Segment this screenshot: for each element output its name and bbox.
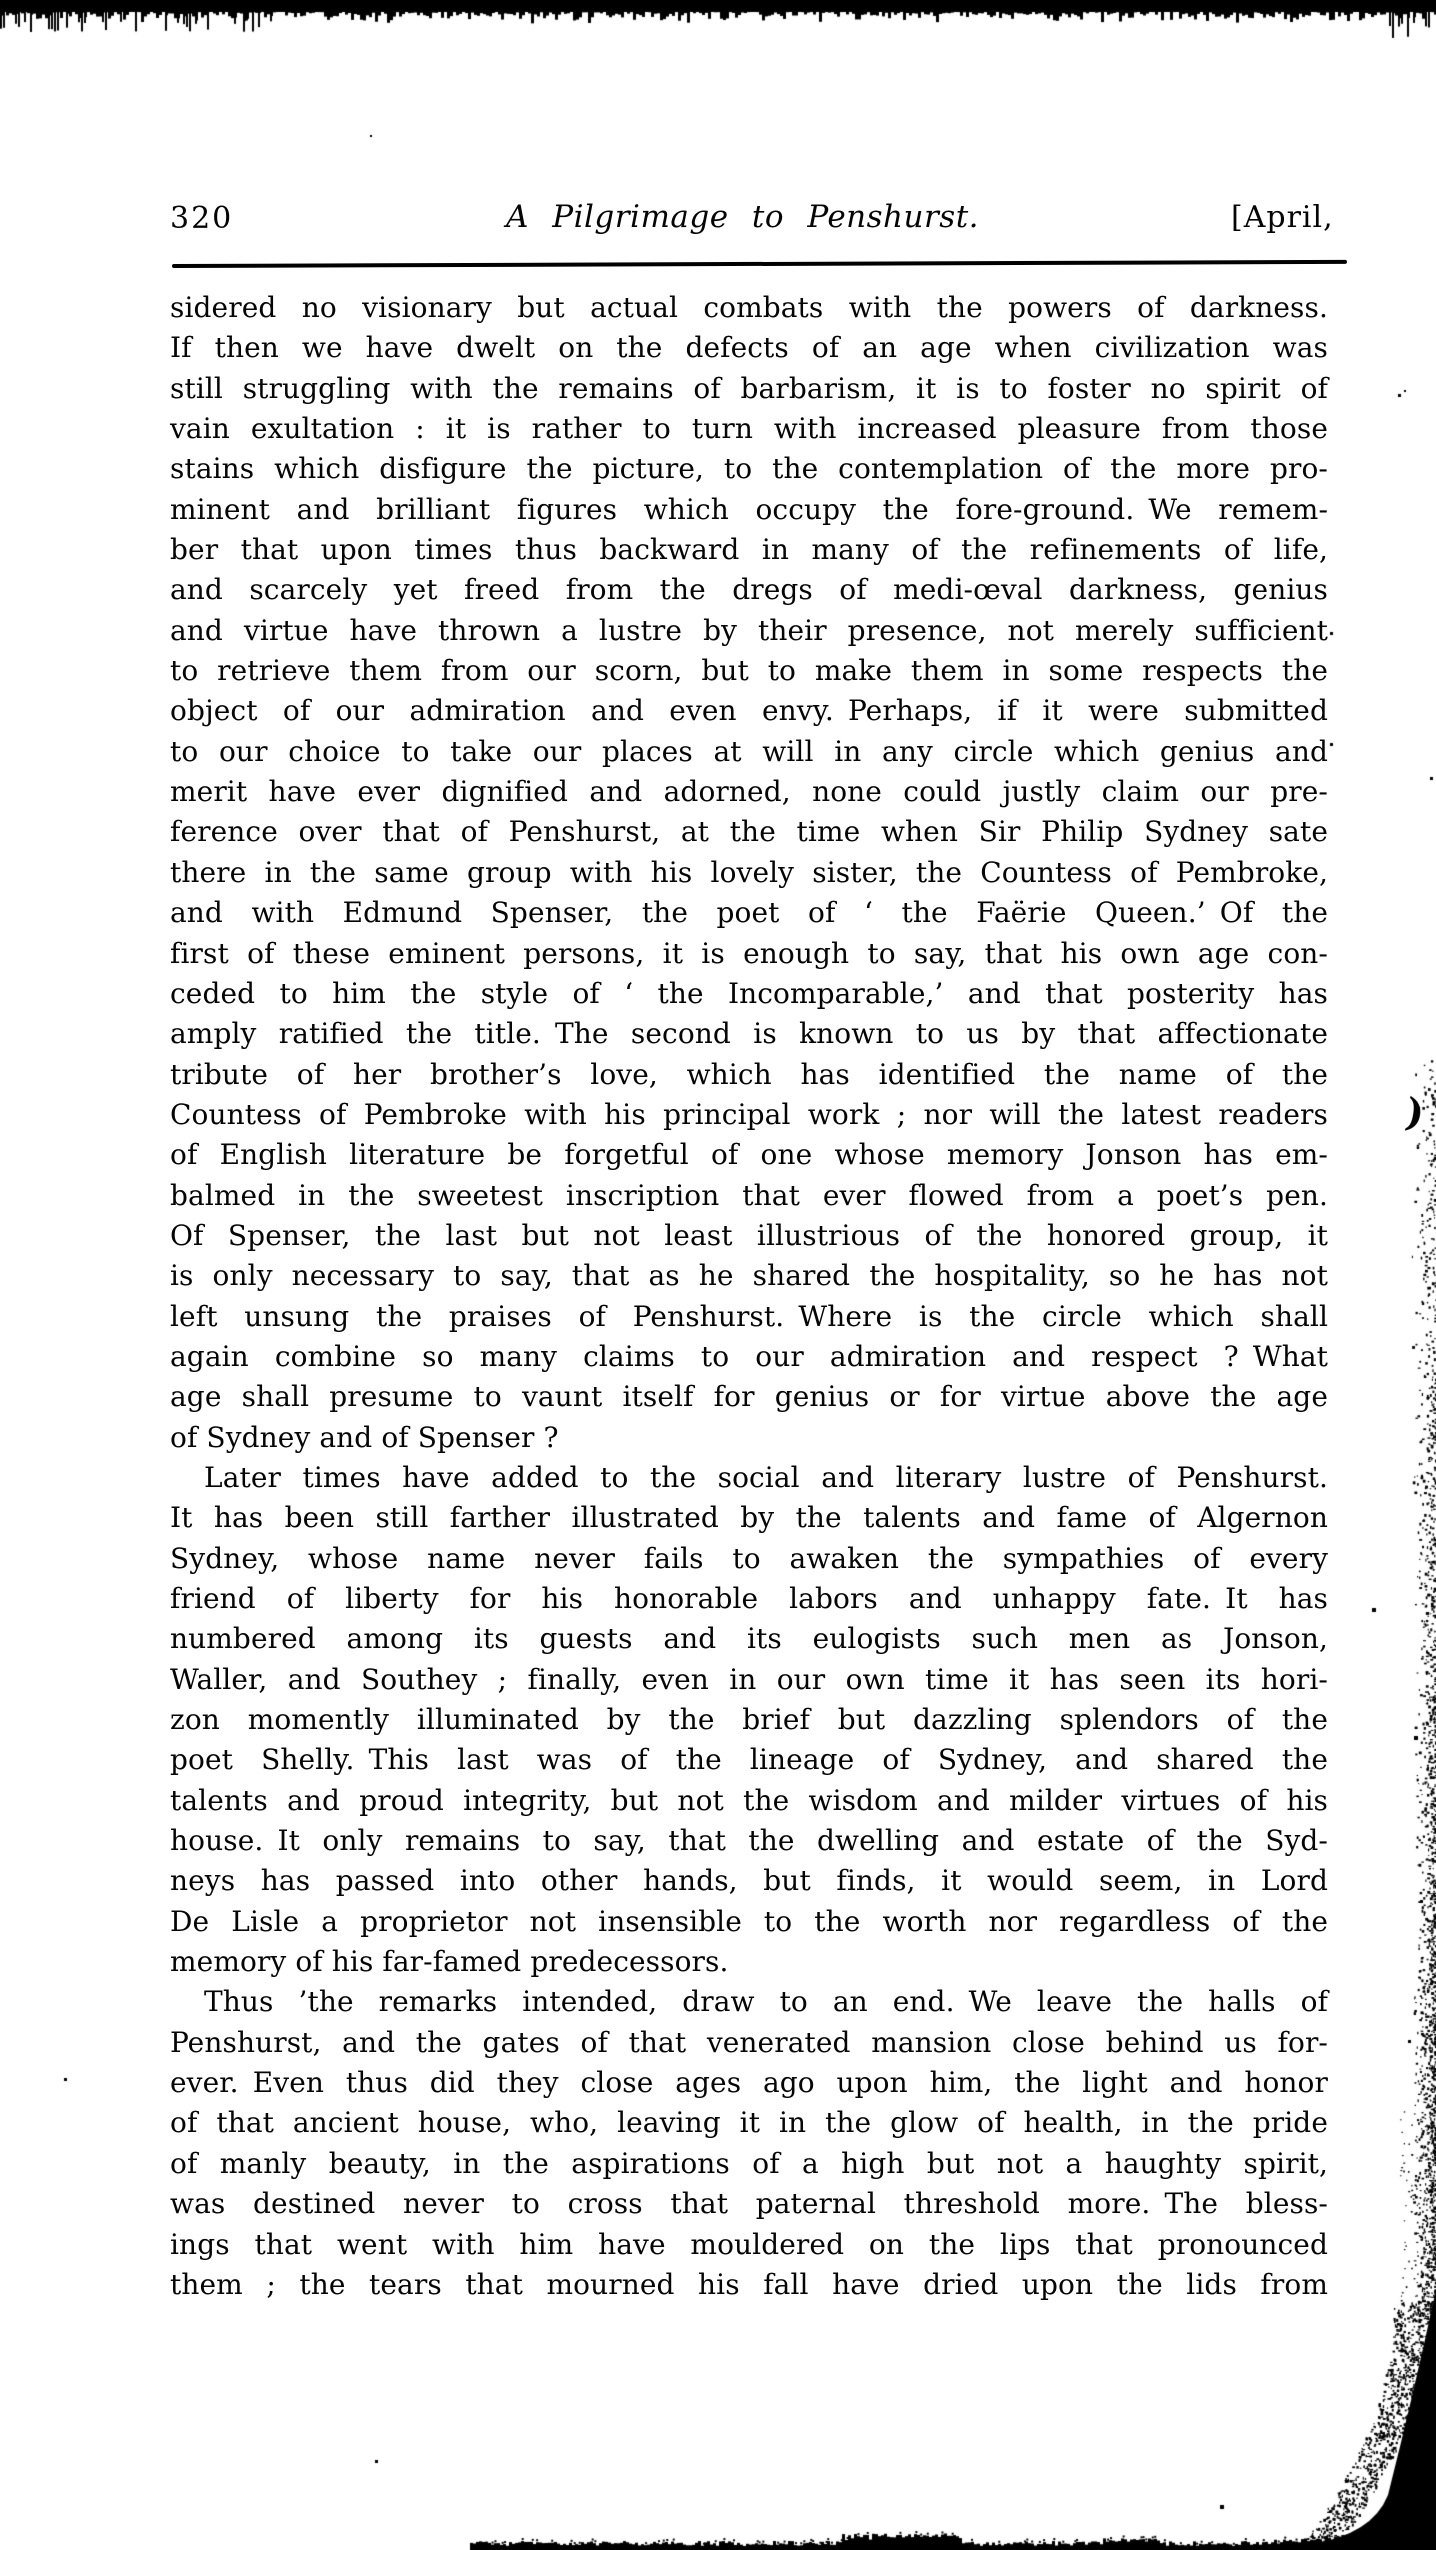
text-line: Thus ’the remarks intended, draw to an e…	[170, 1982, 1328, 2022]
text-line: object of our admiration and even envy. …	[170, 691, 1328, 731]
text-line: again combine so many claims to our admi…	[170, 1337, 1328, 1377]
text-line: there in the same group with his lovely …	[170, 853, 1328, 893]
text-line: Penshurst, and the gates of that venerat…	[170, 2023, 1328, 2063]
text-line: is only necessary to say, that as he sha…	[170, 1256, 1328, 1296]
text-line: stains which disfigure the picture, to t…	[170, 449, 1328, 489]
text-line: friend of liberty for his honorable labo…	[170, 1579, 1328, 1619]
text-line: merit have ever dignified and adorned, n…	[170, 772, 1328, 812]
scan-artifact-mark: )	[1403, 1089, 1428, 1136]
text-line: ceded to him the style of ‘ the Incompar…	[170, 974, 1328, 1014]
text-line: first of these eminent persons, it is en…	[170, 934, 1328, 974]
text-line: was destined never to cross that paterna…	[170, 2184, 1328, 2224]
text-line: house. It only remains to say, that the …	[170, 1821, 1328, 1861]
text-line: of English literature be forgetful of on…	[170, 1135, 1328, 1175]
text-line: and scarcely yet freed from the dregs of…	[170, 570, 1328, 610]
text-line: of that ancient house, who, leaving it i…	[170, 2103, 1328, 2143]
running-header-title: A Pilgrimage to Penshurst.	[420, 199, 1065, 235]
text-line: ings that went with him have mouldered o…	[170, 2225, 1328, 2265]
text-line: memory of his far-famed predecessors.	[170, 1942, 1328, 1982]
text-line: poet Shelly. This last was of the lineag…	[170, 1740, 1328, 1780]
text-line: Waller, and Southey ; finally, even in o…	[170, 1660, 1328, 1700]
text-line: De Lisle a proprietor not insensible to …	[170, 1902, 1328, 1942]
text-line: ference over that of Penshurst, at the t…	[170, 812, 1328, 852]
running-header-date: [April,	[1231, 200, 1334, 235]
text-line: neys has passed into other hands, but fi…	[170, 1861, 1328, 1901]
scanned-book-page: { "header": { "page_number": "320", "tit…	[0, 0, 1436, 2550]
text-line: Countess of Pembroke with his principal …	[170, 1095, 1328, 1135]
text-line: tribute of her brother’s love, which has…	[170, 1055, 1328, 1095]
body-text: sidered no visionary but actual combats …	[170, 288, 1328, 2305]
text-line: ever. Even thus did they close ages ago …	[170, 2063, 1328, 2103]
text-line: Of Spenser, the last but not least illus…	[170, 1216, 1328, 1256]
text-line: of Sydney and of Spenser ?	[170, 1418, 1328, 1458]
text-line: If then we have dwelt on the defects of …	[170, 328, 1328, 368]
text-line: numbered among its guests and its eulogi…	[170, 1619, 1328, 1659]
text-line: to retrieve them from our scorn, but to …	[170, 651, 1328, 691]
text-line: them ; the tears that mourned his fall h…	[170, 2265, 1328, 2305]
text-line: talents and proud integrity, but not the…	[170, 1781, 1328, 1821]
text-line: vain exultation : it is rather to turn w…	[170, 409, 1328, 449]
text-line: left unsung the praises of Penshurst. Wh…	[170, 1297, 1328, 1337]
text-line: minent and brilliant figures which occup…	[170, 490, 1328, 530]
text-line: sidered no visionary but actual combats …	[170, 288, 1328, 328]
text-line: and with Edmund Spenser, the poet of ‘ t…	[170, 893, 1328, 933]
text-line: age shall presume to vaunt itself for ge…	[170, 1377, 1328, 1417]
text-line: and virtue have thrown a lustre by their…	[170, 611, 1328, 651]
text-line: Later times have added to the social and…	[170, 1458, 1328, 1498]
text-line: amply ratified the title. The second is …	[170, 1014, 1328, 1054]
page-number: 320	[170, 201, 233, 236]
text-line: Sydney, whose name never fails to awaken…	[170, 1539, 1328, 1579]
text-line: of manly beauty, in the aspirations of a…	[170, 2144, 1328, 2184]
text-line: It has been still farther illustrated by…	[170, 1498, 1328, 1538]
text-line: balmed in the sweetest inscription that …	[170, 1176, 1328, 1216]
header-rule	[172, 260, 1347, 268]
text-line: zon momently illuminated by the brief bu…	[170, 1700, 1328, 1740]
text-line: to our choice to take our places at will…	[170, 732, 1328, 772]
text-line: still struggling with the remains of bar…	[170, 369, 1328, 409]
text-line: ber that upon times thus backward in man…	[170, 530, 1328, 570]
page-background: 320 A Pilgrimage to Penshurst. [April, s…	[0, 0, 1436, 2550]
